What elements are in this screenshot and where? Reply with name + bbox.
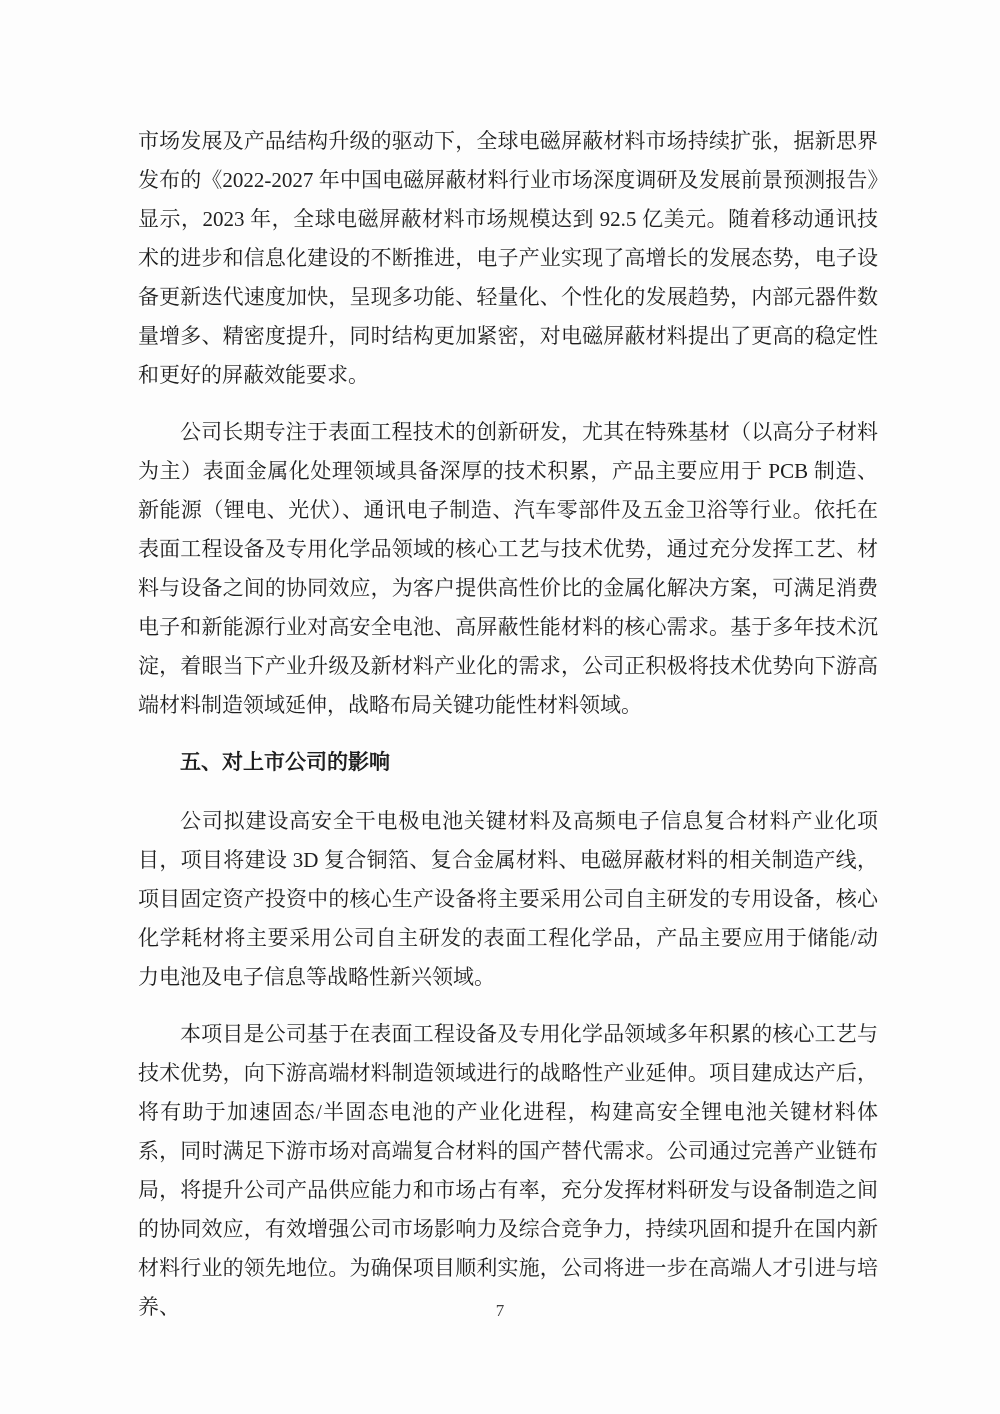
paragraph-company-background: 公司长期专注于表面工程技术的创新研发，尤其在特殊基材（以高分子材料为主）表面金属… [138, 413, 878, 725]
document-page: 市场发展及产品结构升级的驱动下，全球电磁屏蔽材料市场持续扩张，据新思界发布的《2… [0, 0, 1000, 1414]
section-heading-impact-on-listed-company: 五、对上市公司的影响 [138, 743, 878, 782]
page-number: 7 [496, 1301, 505, 1320]
paragraph-market-overview: 市场发展及产品结构升级的驱动下，全球电磁屏蔽材料市场持续扩张，据新思界发布的《2… [138, 122, 878, 395]
paragraph-project-impact: 本项目是公司基于在表面工程设备及专用化学品领域多年积累的核心工艺与技术优势，向下… [138, 1015, 878, 1327]
page-content: 市场发展及产品结构升级的驱动下，全球电磁屏蔽材料市场持续扩张，据新思界发布的《2… [138, 122, 878, 1345]
paragraph-project-plan: 公司拟建设高安全干电极电池关键材料及高频电子信息复合材料产业化项目，项目将建设 … [138, 802, 878, 997]
page-footer: 7 [0, 1300, 1000, 1322]
